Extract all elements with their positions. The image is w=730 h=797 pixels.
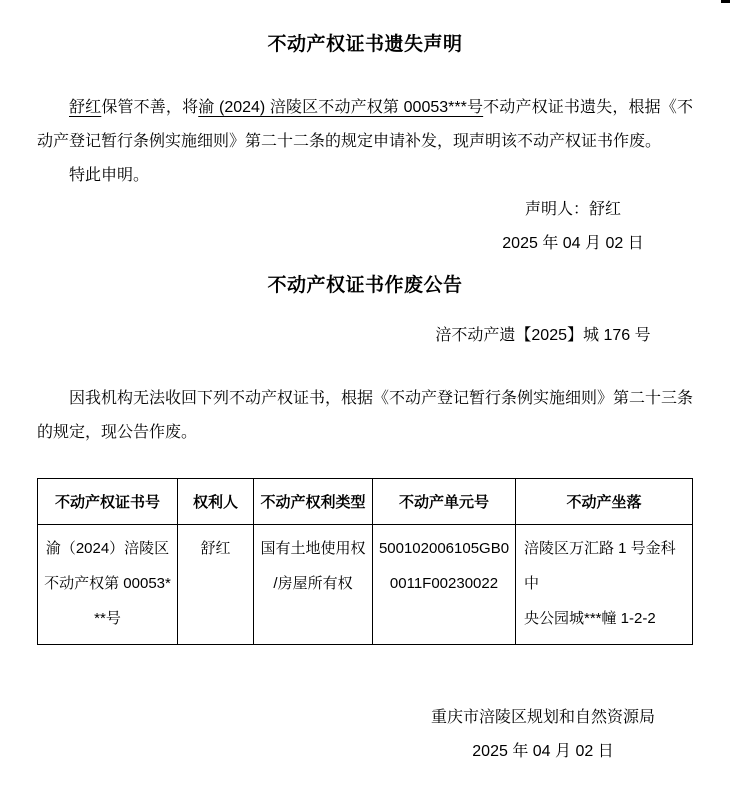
signature-block: 声明人：舒红 2025 年 04 月 02 日 <box>453 193 693 261</box>
header-holder: 权利人 <box>178 479 254 525</box>
document-number: 涪不动产遗【2025】城 176 号 <box>393 324 693 348</box>
invalidation-paragraph: 因我机构无法收回下列不动产权证书，根据《不动产登记暂行条例实施细则》第二十三条的… <box>37 382 693 450</box>
invalidation-notice-title: 不动产权证书作废公告 <box>37 261 693 299</box>
declaration-date: 2025 年 04 月 02 日 <box>453 227 693 261</box>
closing-line: 特此申明。 <box>37 159 693 193</box>
header-unit-no: 不动产单元号 <box>373 479 516 525</box>
loss-statement-paragraph: 舒红保管不善，将渝 (2024) 涪陵区不动产权第 00053***号不动产权证… <box>37 91 693 159</box>
certificate-table: 不动产权证书号 权利人 不动产权利类型 不动产单元号 不动产坐落 渝（2024）… <box>37 478 693 645</box>
loss-statement-title: 不动产权证书遗失声明 <box>37 0 693 58</box>
issue-date: 2025 年 04 月 02 日 <box>393 735 693 769</box>
cell-holder: 舒红 <box>178 525 254 645</box>
issuer-block: 重庆市涪陵区规划和自然资源局 2025 年 04 月 02 日 <box>393 701 693 769</box>
header-location: 不动产坐落 <box>516 479 693 525</box>
corner-mark <box>721 0 730 3</box>
certificate-number: 渝 (2024) 涪陵区不动产权第 00053***号 <box>198 99 483 116</box>
cell-right-type: 国有土地使用权 /房屋所有权 <box>254 525 373 645</box>
cell-unit-no: 500102006105GB0 0011F00230022 <box>373 525 516 645</box>
header-right-type: 不动产权利类型 <box>254 479 373 525</box>
document-page: 不动产权证书遗失声明 舒红保管不善，将渝 (2024) 涪陵区不动产权第 000… <box>0 0 730 797</box>
header-certificate-no: 不动产权证书号 <box>38 479 178 525</box>
holder-name: 舒红 <box>69 99 101 116</box>
cell-location: 涪陵区万汇路 1 号金科中 央公园城***幢 1-2-2 <box>516 525 693 645</box>
text-after-name: 保管不善，将 <box>101 99 198 116</box>
declarant-line: 声明人：舒红 <box>453 193 693 227</box>
table-row: 渝（2024）涪陵区 不动产权第 00053* **号 舒红 国有土地使用权 /… <box>38 525 693 645</box>
issuer-name: 重庆市涪陵区规划和自然资源局 <box>393 701 693 735</box>
table-header-row: 不动产权证书号 权利人 不动产权利类型 不动产单元号 不动产坐落 <box>38 479 693 525</box>
cell-certificate-no: 渝（2024）涪陵区 不动产权第 00053* **号 <box>38 525 178 645</box>
